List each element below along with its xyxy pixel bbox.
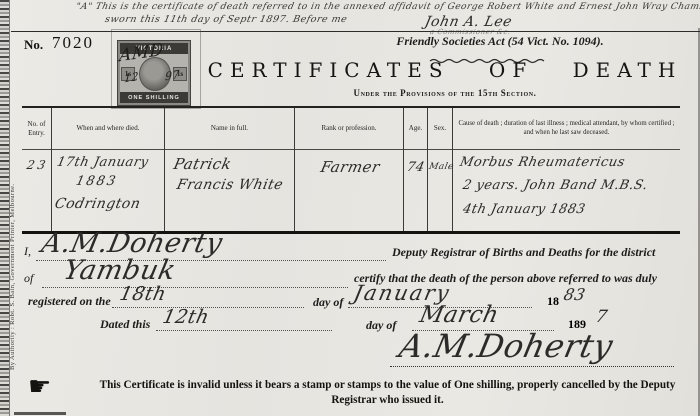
column-age: Age. 74	[404, 108, 428, 231]
duty-stamp: VICTORIA 1s 1s ONE SHILLING AMD 12 97	[117, 40, 191, 106]
cause-line1: Morbus Rheumatericus	[458, 155, 626, 170]
header-cause-of-death: Cause of death ; duration of last illnes…	[453, 108, 680, 150]
page-edge-mark	[14, 412, 66, 415]
column-name: Name in full. Patrick Francis White	[165, 108, 295, 231]
cell-sex: Male	[428, 150, 452, 233]
header-entry-no: No. of Entry.	[22, 108, 51, 150]
signature-underline	[390, 366, 674, 367]
day-of-label-2: day of	[366, 318, 396, 333]
manicule-icon: ☛	[28, 372, 51, 402]
district-value: Yambuk	[61, 255, 179, 286]
printer-credit: By Authority : Robt. S. Bain, Government…	[9, 40, 16, 370]
of-label: of	[24, 271, 33, 286]
dated-month: March	[417, 302, 501, 328]
death-entry-table: No. of Entry. 23 When and where died. 17…	[22, 106, 680, 234]
registered-year: 83	[562, 285, 587, 304]
document-title: CERTIFICATES OF DEATH	[200, 58, 690, 82]
died-date-line1: 17th January	[55, 155, 149, 170]
registered-label: registered on the	[28, 294, 111, 309]
rank-value: Farmer	[319, 158, 382, 176]
fill-line-2	[42, 287, 348, 288]
dated-year: 7	[594, 307, 610, 327]
column-when-where-died: When and where died. 17th January 1883 C…	[52, 108, 165, 231]
stamp-value-label: ONE SHILLING	[120, 92, 188, 103]
dated-day: 12th	[161, 306, 212, 328]
i-label: I,	[24, 244, 31, 259]
cell-name: Patrick Francis White	[165, 150, 294, 233]
header-rank: Rank or profession.	[295, 108, 403, 150]
registered-century: 18	[547, 294, 559, 309]
header-name: Name in full.	[165, 108, 294, 150]
sex-value: Male	[428, 162, 455, 172]
cell-entry-no: 23	[22, 150, 51, 233]
annotation-line2: sworn this 11th day of Septr 1897. Befor…	[104, 14, 349, 25]
column-cause-of-death: Cause of death ; duration of last illnes…	[453, 108, 680, 231]
header-when-where-died: When and where died.	[52, 108, 164, 150]
final-signature: A.M.Doherty	[396, 327, 616, 365]
day-of-label-1: day of	[313, 295, 343, 310]
header-sex: Sex.	[428, 108, 452, 150]
name-line1: Patrick	[172, 155, 233, 173]
cause-line2: 2 years. John Band M.B.S.	[461, 178, 649, 193]
column-rank: Rank or profession. Farmer	[295, 108, 404, 231]
dated-label: Dated this	[100, 317, 150, 332]
age-value: 74	[405, 160, 426, 175]
name-line2: Francis White	[175, 177, 284, 193]
act-citation: Friendly Societies Act (54 Vict. No. 109…	[320, 34, 680, 49]
certificate-number-label: No.	[24, 37, 43, 53]
cause-line3: 4th January 1883	[461, 202, 586, 217]
cell-cause-of-death: Morbus Rheumatericus 2 years. John Band …	[453, 150, 680, 233]
died-place: Codrington	[53, 196, 142, 212]
fill-line-5	[156, 330, 332, 331]
validity-notice: This Certificate is invalid unless it be…	[95, 378, 680, 408]
document-subtitle: Under the Provisions of the 15th Section…	[200, 88, 690, 98]
died-date-line2: 1883	[74, 174, 118, 189]
stamp-cancellation-day: 12	[124, 70, 139, 86]
column-sex: Sex. Male	[428, 108, 453, 231]
header-age: Age.	[404, 108, 427, 150]
death-certificate-document: By Authority : Robt. S. Bain, Government…	[0, 0, 700, 416]
cell-age: 74	[404, 150, 427, 233]
entry-no-value: 23	[26, 158, 50, 172]
stamp-cancellation-year: 97	[165, 68, 180, 84]
annotation-line1: "A" This is the certificate of death ref…	[75, 2, 700, 12]
certificate-number: 7020	[52, 33, 94, 53]
column-entry-no: No. of Entry. 23	[22, 108, 52, 231]
registrar-title-text: Deputy Registrar of Births and Deaths fo…	[392, 245, 655, 260]
cell-rank: Farmer	[295, 150, 403, 233]
registered-day: 18th	[118, 283, 169, 305]
cell-when-where-died: 17th January 1883 Codrington	[52, 150, 164, 233]
